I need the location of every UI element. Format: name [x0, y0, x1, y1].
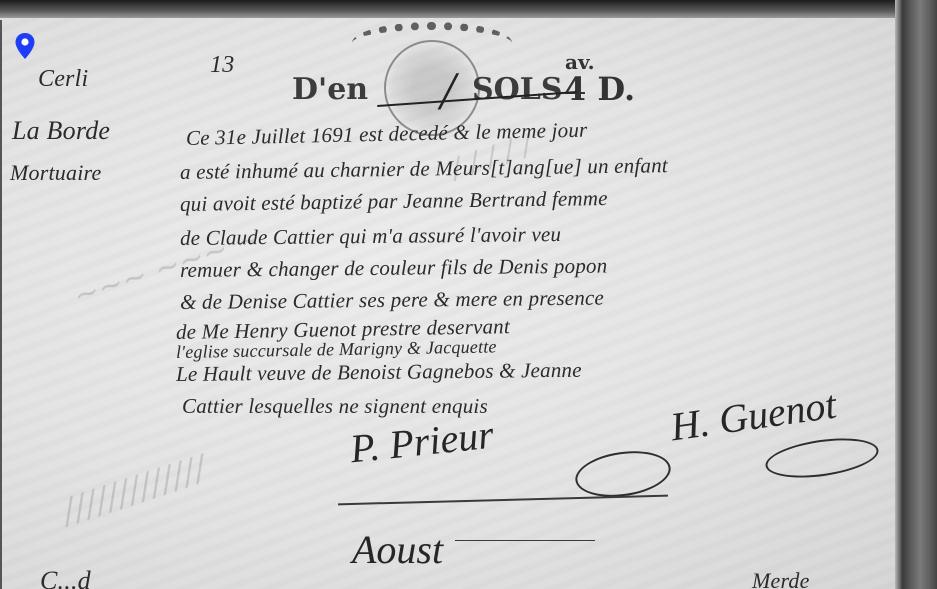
page-left-edge	[0, 20, 2, 589]
page-top-edge	[0, 0, 937, 18]
stamp-denomination: 4 D.	[564, 70, 635, 108]
stamp-cancel-mark: /	[440, 60, 455, 122]
margin-label: Mortuaire	[10, 160, 101, 186]
next-entry-fragment-left: C...d	[40, 566, 91, 589]
signature-underline	[455, 540, 595, 541]
record-line: & de Denise Cattier ses pere & mere en p…	[180, 286, 604, 315]
document-viewer: ~~~ ~~~ ~ ///////////// / / / / / Cerli …	[0, 0, 937, 589]
stamp-right-text: SOLS	[472, 72, 563, 107]
record-line: de Claude Cattier qui m'a assuré l'avoir…	[180, 222, 561, 251]
margin-name: La Borde	[12, 116, 110, 146]
record-line: Le Hault veuve de Benoist Gagnebos & Jea…	[176, 358, 582, 387]
binding-gutter	[895, 0, 937, 589]
folio-number: 13	[210, 52, 234, 79]
folio-mark: Cerli	[38, 66, 88, 93]
stamp-left-text: D'en	[292, 72, 368, 107]
record-line: remuer & changer de couleur fils de Deni…	[180, 254, 608, 283]
map-pin-icon[interactable]	[14, 32, 36, 60]
tax-stamp: D'en SOLS av. 4 D. /	[292, 22, 637, 114]
signature-aoust: Aoust	[352, 526, 443, 573]
next-entry-fragment-right: Merde	[752, 568, 810, 589]
